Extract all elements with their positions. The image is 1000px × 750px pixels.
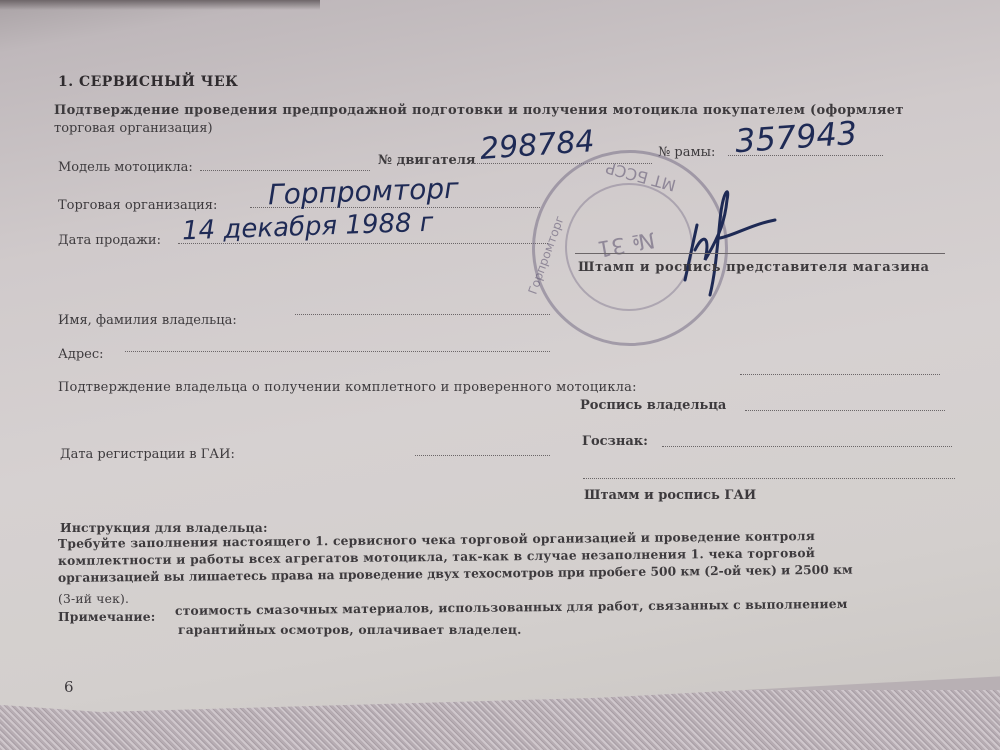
shop-stamp-line: [575, 253, 945, 254]
instructions-heading: Инструкция для владельца:: [60, 520, 268, 535]
model-label: Модель мотоцикла:: [58, 160, 193, 175]
address-label: Адрес:: [58, 347, 104, 362]
owner-confirm-field[interactable]: [740, 374, 940, 375]
note-line-1: стоимость смазочных материалов, использо…: [175, 596, 848, 618]
shadow: [0, 0, 320, 10]
engine-label: № двигателя: [378, 153, 475, 168]
owner-name-label: Имя, фамилия владельца:: [58, 313, 237, 328]
gai-stamp-label: Штамм и роспись ГАИ: [584, 488, 756, 503]
intro-line-2: торговая организация): [54, 121, 213, 136]
model-field[interactable]: [200, 170, 370, 171]
sale-date-label: Дата продажи:: [58, 233, 161, 248]
page-number: 6: [64, 678, 74, 696]
note-label: Примечание:: [58, 609, 156, 624]
gai-stamp-line: [583, 478, 955, 479]
intro-line-1: Подтверждение проведения предпродажной п…: [54, 103, 904, 118]
trade-org-label: Торговая организация:: [58, 198, 217, 213]
note-line-2: гарантийных осмотров, оплачивает владеле…: [178, 622, 522, 637]
shop-signature: [665, 180, 805, 310]
owner-signature-field[interactable]: [745, 410, 945, 411]
plate-field[interactable]: [662, 446, 952, 447]
service-check-page: 1. СЕРВИСНЫЙ ЧЕК Подтверждение проведени…: [0, 0, 1000, 712]
owner-signature-label: Роспись владельца: [580, 398, 726, 413]
owner-name-field[interactable]: [295, 314, 550, 315]
address-field[interactable]: [125, 351, 550, 352]
plate-label: Госзнак:: [582, 434, 648, 449]
sale-date-value: 14 декабря 1988 г: [182, 208, 434, 247]
section-title: 1. СЕРВИСНЫЙ ЧЕК: [58, 74, 238, 90]
gai-reg-date-field[interactable]: [415, 455, 550, 456]
owner-confirm-label: Подтверждение владельца о получении комп…: [58, 380, 637, 395]
stamp-side-text: Горпромторг: [526, 214, 567, 296]
trade-org-value: Горпромторг: [267, 172, 459, 212]
gai-reg-date-label: Дата регистрации в ГАИ:: [60, 447, 235, 462]
engine-value: 298784: [479, 124, 596, 167]
instructions-line-4: (3-ий чек).: [58, 592, 129, 606]
shop-stamp-label: Штамп и роспись представителя магазина: [578, 260, 930, 275]
frame-value: 357943: [734, 114, 859, 160]
